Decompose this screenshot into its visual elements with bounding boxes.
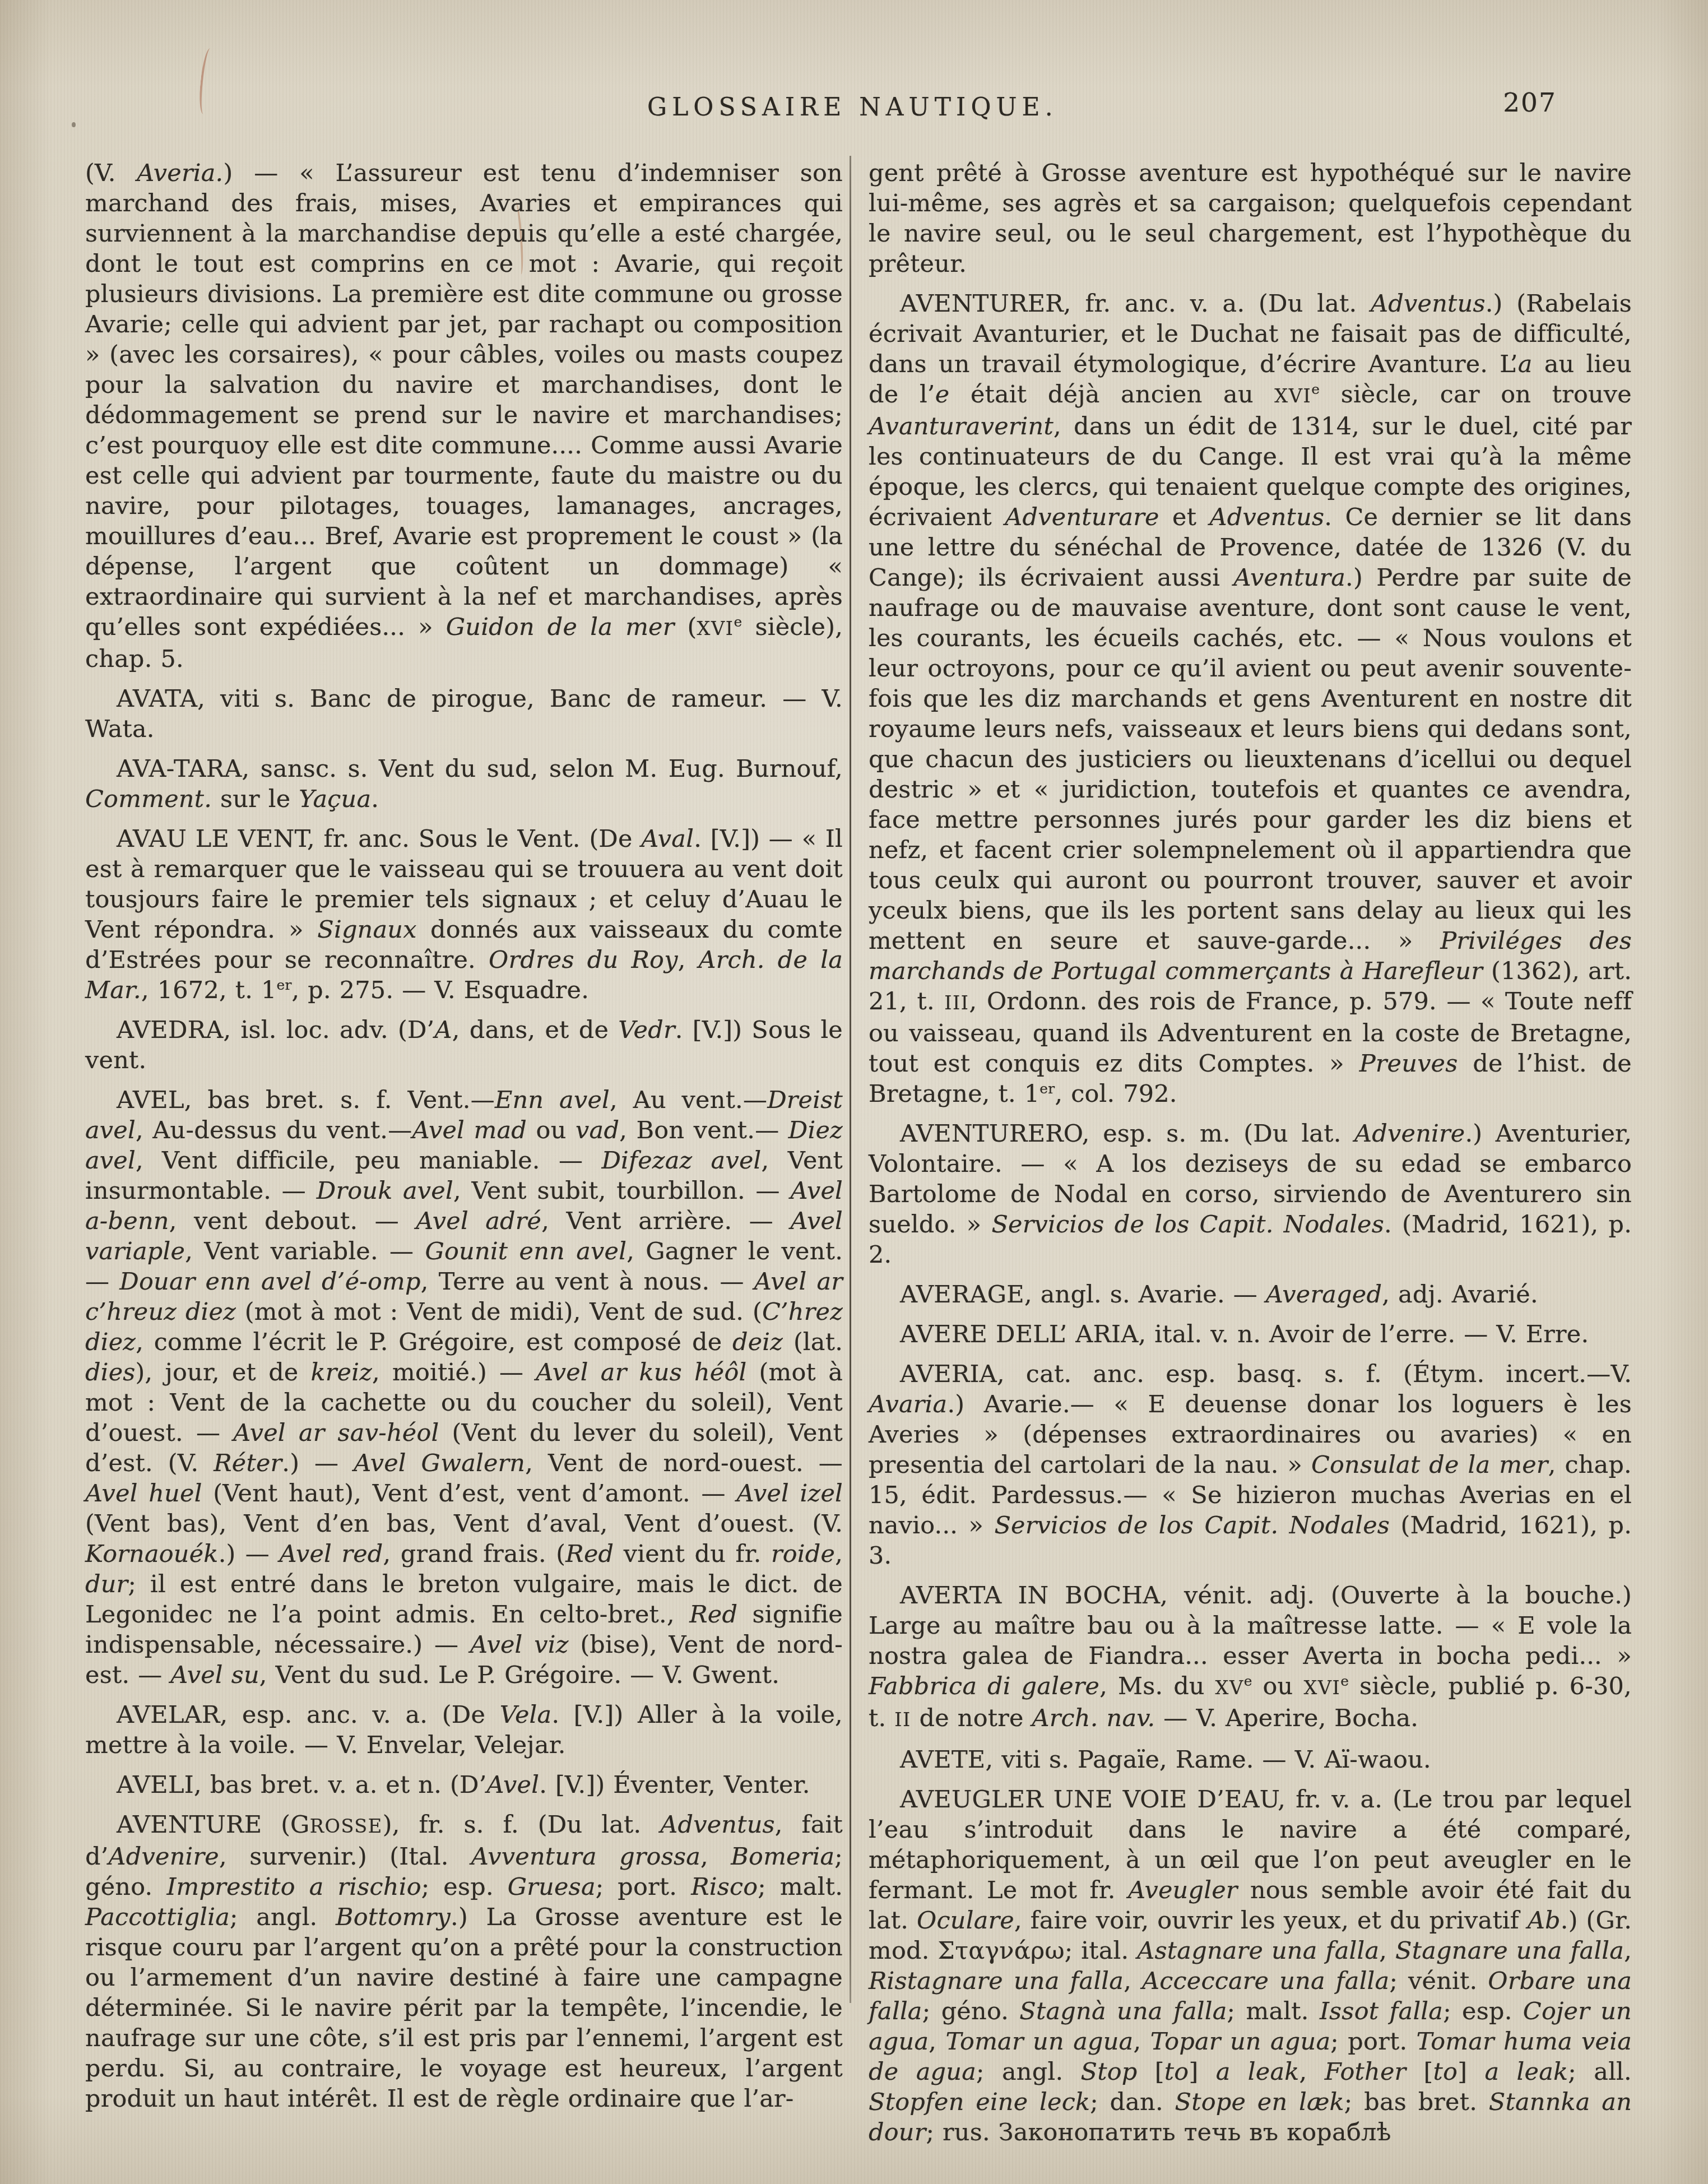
entry-averia-continuation: (V. Averia.) — « L’assureur est tenu d’i… [85,158,843,674]
entry-aventurer: AVENTURER, fr. anc. v. a. (Du lat. Adven… [869,289,1632,1109]
running-title: GLOSSAIRE NAUTIQUE. [647,93,973,122]
entry-avelar: AVELAR, esp. anc. v. a. (De Vela. [V.]) … [85,1700,843,1760]
entry-avel: AVEL, bas bret. s. f. Vent.—Enn avel, Au… [85,1085,843,1690]
paper-speck-mark [72,122,76,127]
entry-aventure-grosse-continuation: gent prêté à Grosse aventure est hypothé… [869,158,1632,279]
entry-averia: AVERIA, cat. anc. esp. basq. s. f. (Étym… [869,1359,1632,1571]
entry-avata: AVATA, viti s. Banc de pirogue, Banc de … [85,684,843,744]
right-text-column: gent prêté à Grosse aventure est hypothé… [869,158,1632,2157]
column-divider-rule [850,156,851,2003]
paper-stain-mark [197,48,216,115]
entry-averta-in-bocha: AVERTA IN BOCHA, vénit. adj. (Ouverte à … [869,1580,1632,1735]
entry-avau-le-vent: AVAU LE VENT, fr. anc. Sous le Vent. (De… [85,824,843,1005]
entry-aveugler-une-voie-d-eau: AVEUGLER UNE VOIE D’EAU, fr. v. a. (Le t… [869,1784,1632,2148]
entry-aventurero: AVENTURERO, esp. s. m. (Du lat. Advenire… [869,1119,1632,1270]
page-number: 207 [1491,87,1569,118]
entry-avedra: AVEDRA, isl. loc. adv. (D’A, dans, et de… [85,1015,843,1075]
entry-avete: AVETE, viti s. Pagaïe, Rame. — V. Aï-wao… [869,1745,1632,1775]
entry-aventure-grosse: AVENTURE (GROSSE), fr. s. f. (Du lat. Ad… [85,1810,843,2114]
entry-avere-dell-aria: AVERE DELL’ ARIA, ital. v. n. Avoir de l… [869,1319,1632,1350]
entry-aveli: AVELI, bas bret. v. a. et n. (D’Avel. [V… [85,1770,843,1800]
entry-average: AVERAGE, angl. s. Avarie. — Averaged, ad… [869,1279,1632,1310]
entry-ava-tara: AVA-TARA, sansc. s. Vent du sud, selon M… [85,754,843,814]
scanned-book-page: GLOSSAIRE NAUTIQUE. 207 (V. Averia.) — «… [0,0,1708,2184]
left-text-column: (V. Averia.) — « L’assureur est tenu d’i… [85,158,843,2123]
